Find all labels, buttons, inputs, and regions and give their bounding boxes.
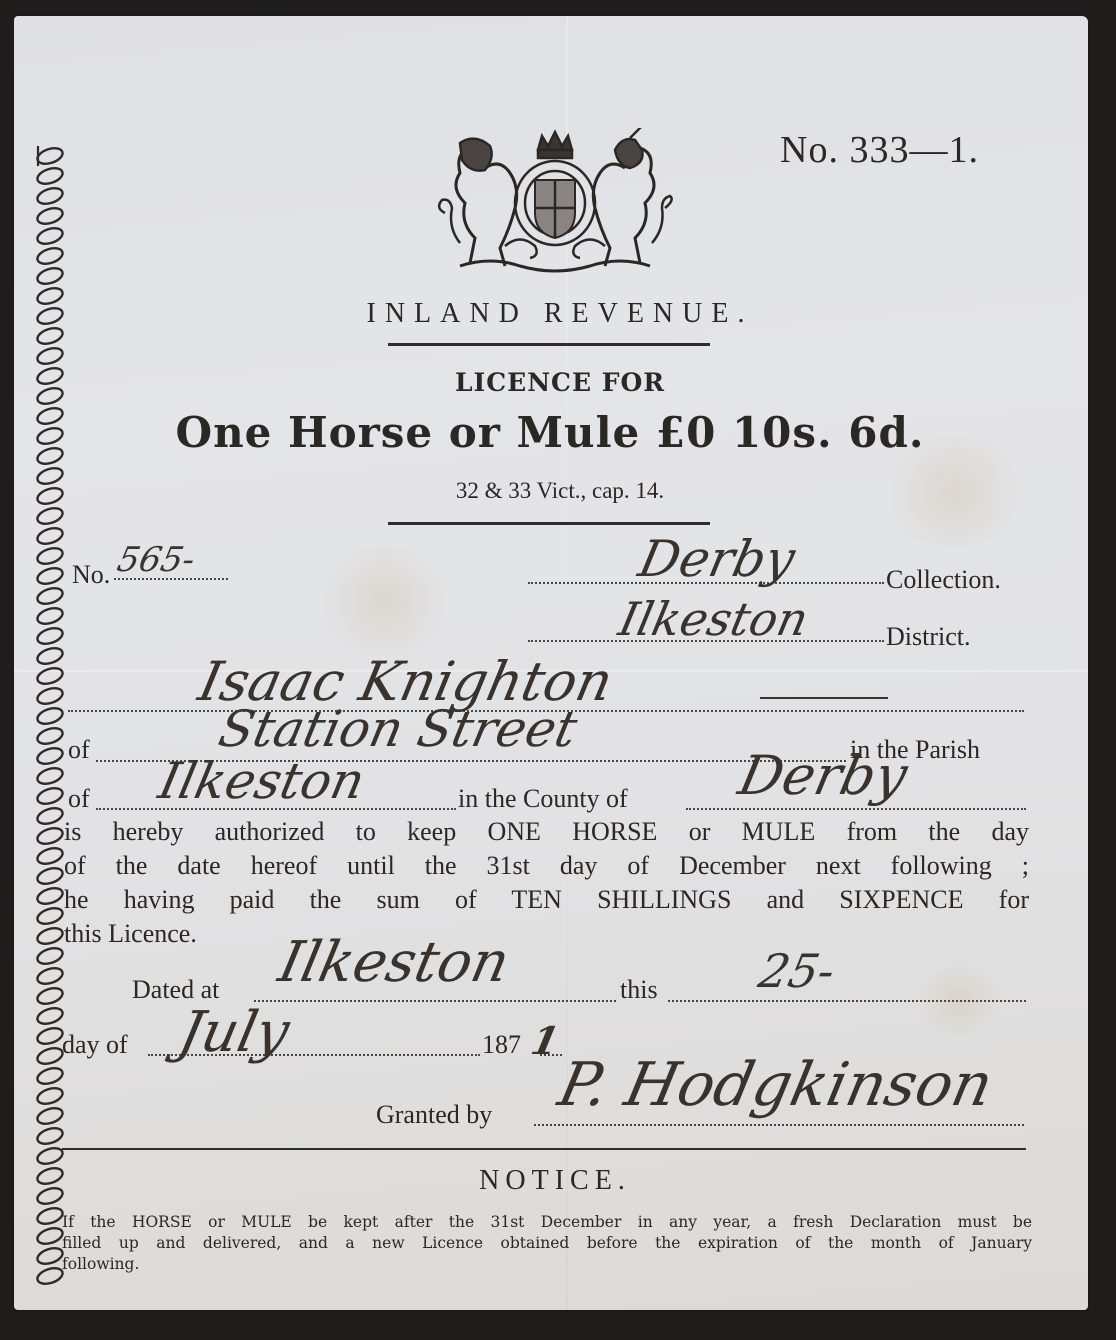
licence-title: One Horse or Mule £0 10s. 6d. — [100, 408, 1000, 457]
county-field-line — [686, 808, 1026, 810]
licence-number-handwritten: 565- — [114, 540, 199, 580]
granted-by-field-line — [534, 1124, 1024, 1126]
body-line: is hereby authorized to keep ONE HORSE o… — [64, 815, 1029, 849]
day-of-label: day of — [62, 1030, 128, 1060]
granted-by-label: Granted by — [376, 1100, 492, 1130]
body-line: he having paid the sum of TEN SHILLINGS … — [64, 883, 1029, 917]
serial-number: No. 333—1. — [780, 128, 979, 172]
collection-label: Collection. — [886, 565, 1001, 595]
notice-text: If the HORSE or MULE be kept after the 3… — [62, 1212, 1032, 1275]
notice-line: following. — [62, 1254, 1032, 1275]
act-reference: 32 & 33 Vict., cap. 14. — [300, 478, 820, 504]
notice-line: If the HORSE or MULE be kept after the 3… — [62, 1212, 1032, 1233]
year-printed: 187 — [482, 1030, 521, 1060]
body-line: of the date hereof until the 31st day of… — [64, 849, 1029, 883]
divider-rule — [388, 522, 710, 525]
year-field-line — [540, 1054, 562, 1056]
county-label: in the County of — [458, 784, 628, 814]
name-underline-stroke — [760, 697, 888, 699]
day-field-line — [668, 1000, 1026, 1002]
of-label: of — [68, 735, 90, 765]
divider-rule — [388, 343, 710, 346]
address-handwritten: Station Street — [214, 700, 582, 758]
district-handwritten: Ilkeston — [614, 592, 813, 646]
licence-heading: LICENCE FOR — [300, 368, 820, 397]
place-field-line — [254, 1000, 616, 1002]
department-heading: INLAND REVENUE. — [300, 298, 820, 330]
county-handwritten: Derby — [733, 744, 913, 807]
body-line: this Licence. — [64, 917, 1029, 951]
issuer-signature: P. Hodgkinson — [553, 1050, 999, 1120]
district-label: District. — [886, 622, 971, 652]
this-label: this — [620, 975, 658, 1005]
day-handwritten: 25- — [754, 944, 840, 998]
notice-line: filled up and delivered, and a new Licen… — [62, 1233, 1032, 1254]
paper-stain — [314, 546, 454, 656]
licence-body-text: is hereby authorized to keep ONE HORSE o… — [64, 815, 1029, 951]
of-label-2: of — [68, 784, 90, 814]
parish-handwritten: Ilkeston — [154, 752, 370, 810]
perforated-edge-loops-icon — [32, 146, 66, 1296]
month-handwritten: July — [173, 1000, 295, 1065]
notice-heading: NOTICE. — [60, 1165, 1050, 1197]
number-label: No. — [72, 560, 110, 590]
royal-coat-of-arms-icon — [430, 128, 680, 278]
collection-handwritten: Derby — [634, 530, 800, 588]
notice-divider — [62, 1148, 1026, 1150]
place-handwritten: Ilkeston — [273, 930, 515, 995]
